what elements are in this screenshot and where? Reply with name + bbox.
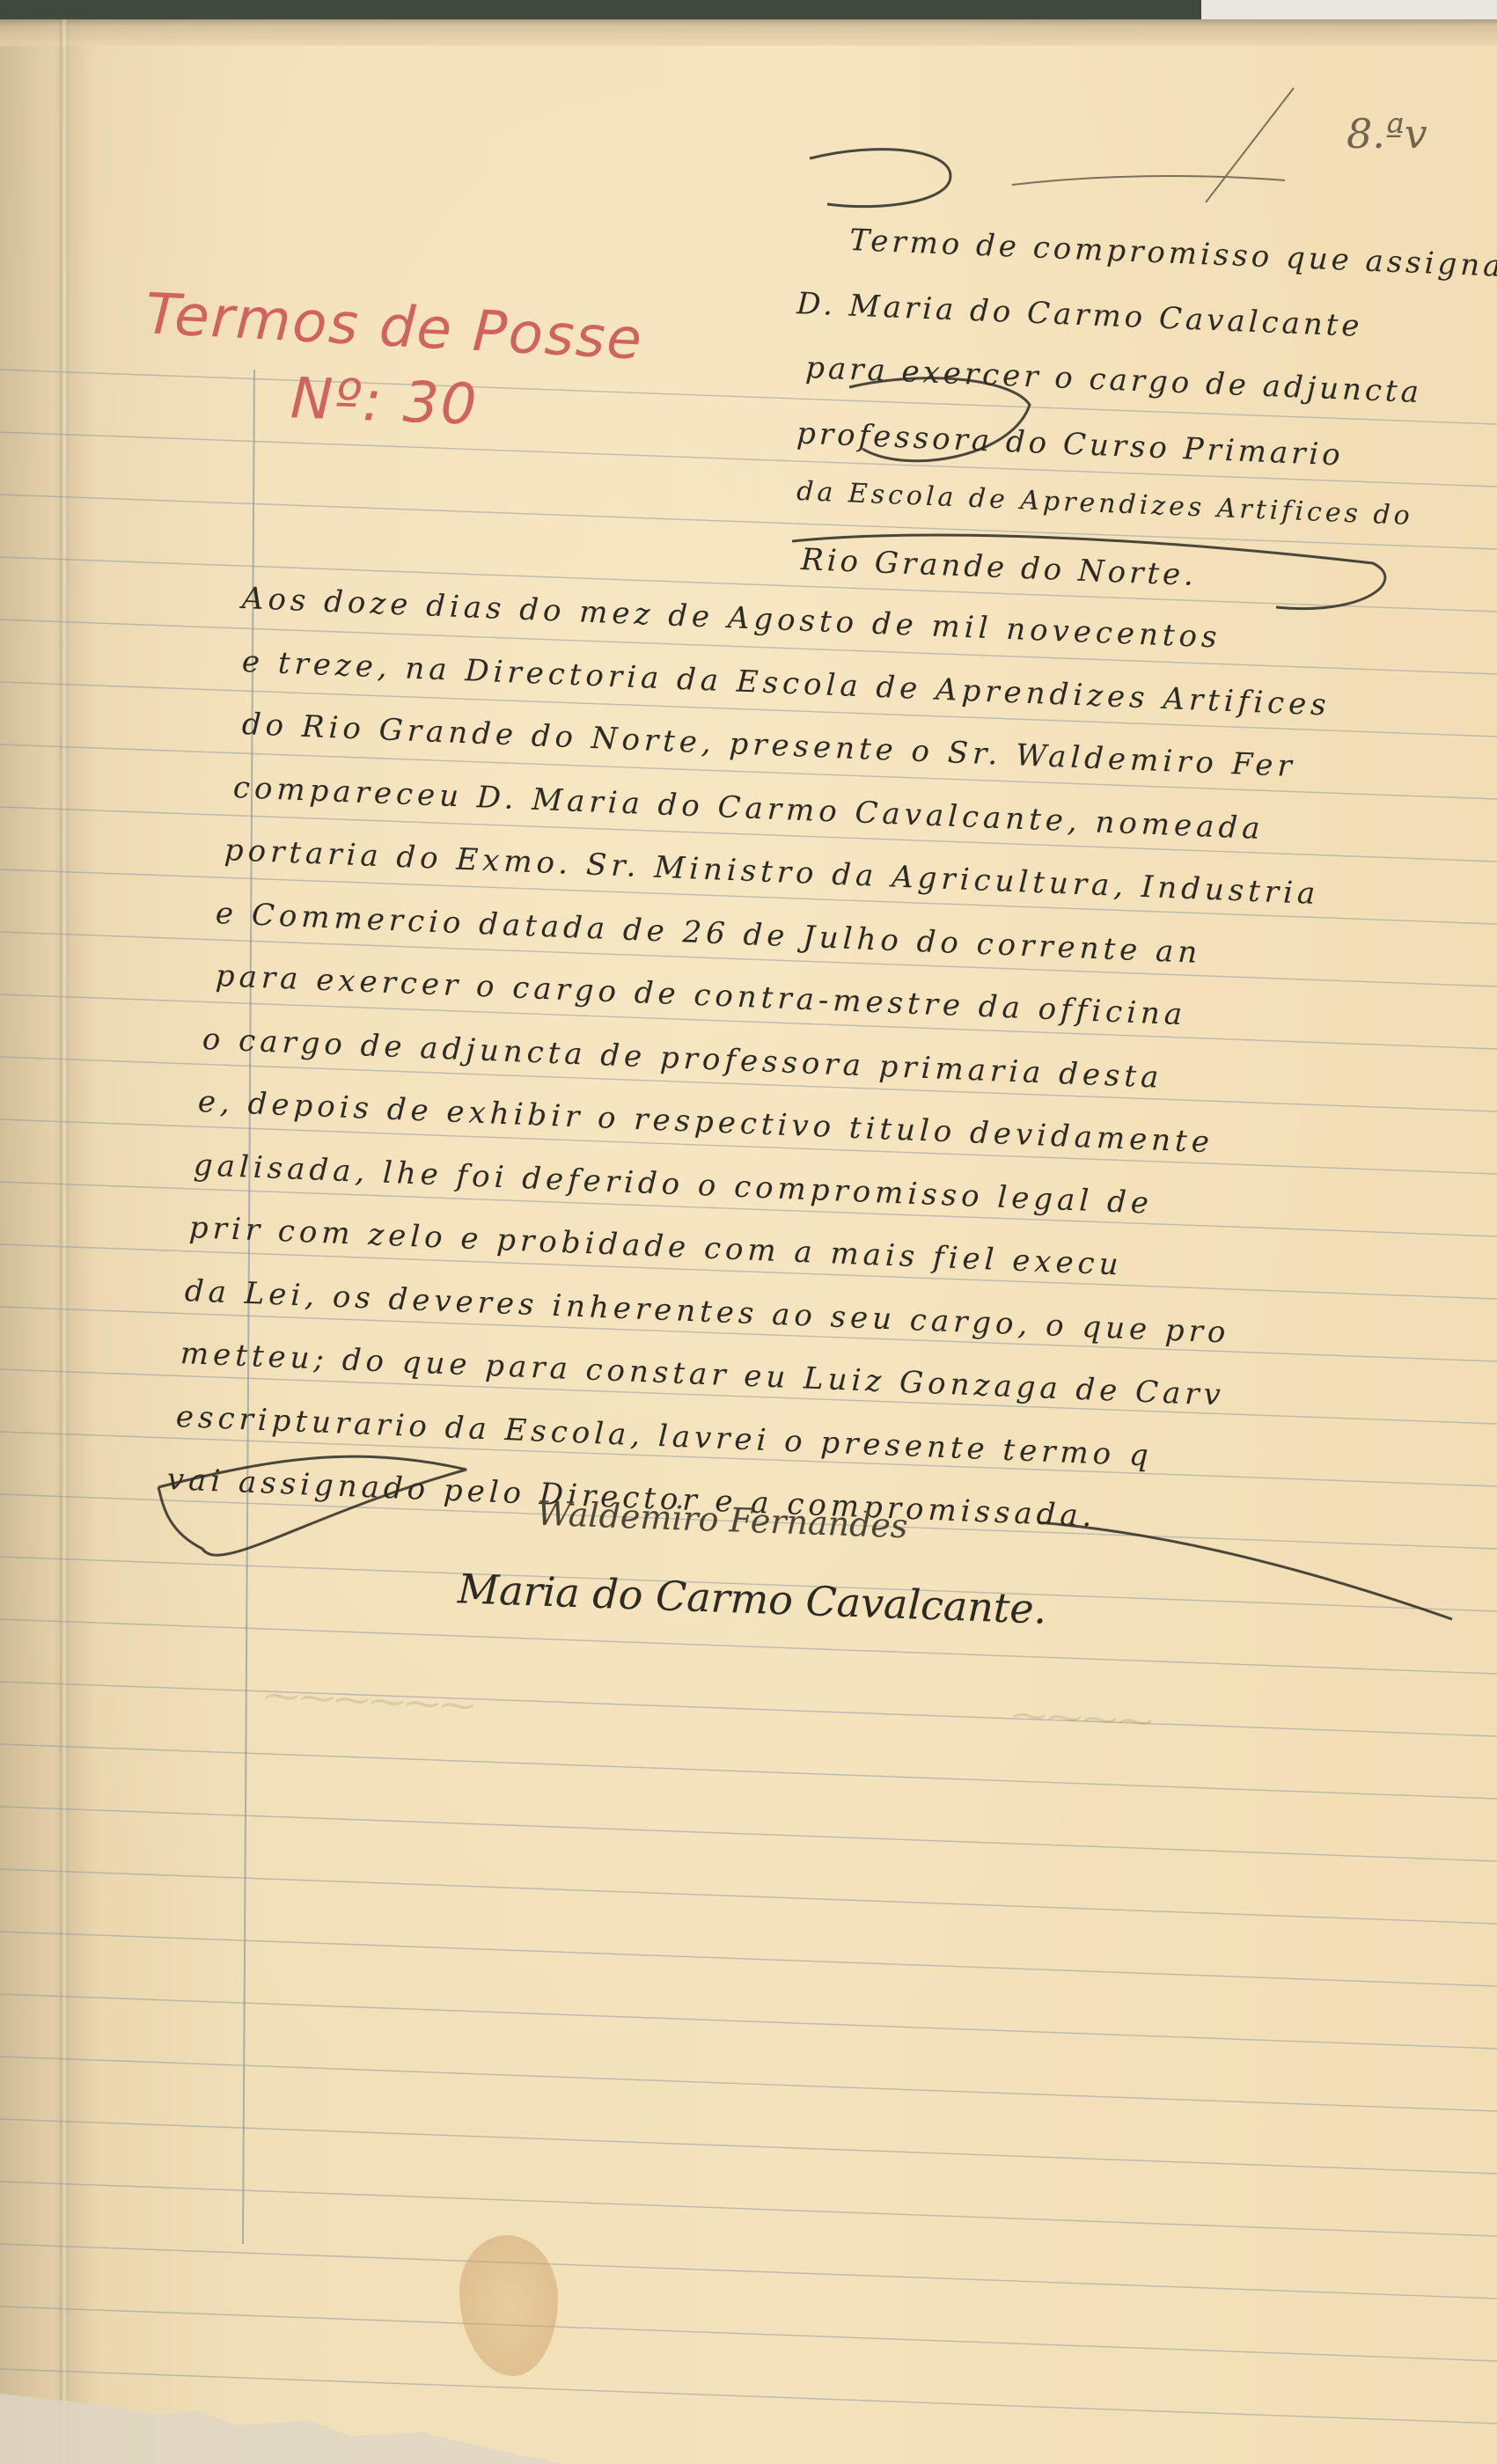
bleed-through-text: ⁓⁓⁓⁓	[1011, 1695, 1154, 1742]
folio-number: 8.ªv	[1347, 110, 1427, 158]
margin-title-line2: Nº: 30	[290, 366, 480, 437]
